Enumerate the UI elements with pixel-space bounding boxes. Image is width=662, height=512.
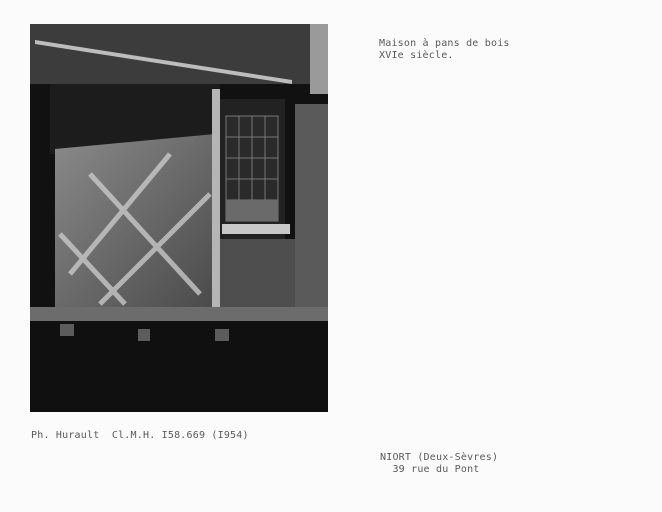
house-facade-image <box>30 24 328 412</box>
title-line-1: Maison à pans de bois <box>379 38 510 49</box>
title-line-2: XVIe siècle. <box>379 50 454 61</box>
photograph <box>30 24 328 412</box>
location-city: NIORT (Deux-Sèvres) <box>380 452 498 463</box>
location-address: 39 rue du Pont <box>380 464 480 475</box>
location-block: NIORT (Deux-Sèvres) 39 rue du Pont <box>380 452 498 476</box>
title-block: Maison à pans de bois XVIe siècle. <box>379 38 510 62</box>
photo-credit-caption: Ph. Hurault Cl.M.H. I58.669 (I954) <box>31 430 249 442</box>
